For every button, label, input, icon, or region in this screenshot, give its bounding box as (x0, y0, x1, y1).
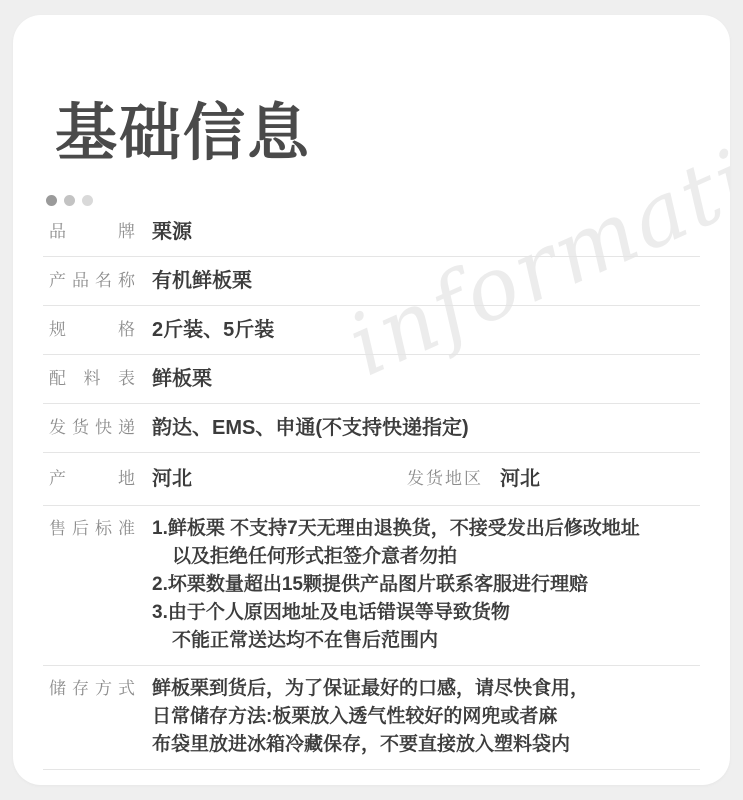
policy-line: 3.由于个人原因地址及电话错误等导致货物 (152, 599, 640, 627)
storage-line: 日常储存方法:板栗放入透气性较好的网兜或者麻 (152, 703, 589, 731)
row-label: 规格 (49, 316, 135, 344)
row-label: 发货地区 (407, 465, 483, 493)
row-shipping-courier: 发货快递 韵达、EMS、申通(不支持快递指定) (43, 404, 700, 453)
storage-line: 鲜板栗到货后，为了保证最好的口感，请尽快食用， (152, 675, 589, 703)
info-rows: 品牌 栗源 产品名称 有机鲜板栗 规格 2斤装、5斤装 配料表 鲜板栗 发货快递… (43, 208, 700, 770)
row-product-name: 产品名称 有机鲜板栗 (43, 257, 700, 306)
row-value: 栗源 (152, 218, 192, 246)
row-label: 配料表 (49, 365, 135, 393)
row-value: 鲜板栗 (152, 365, 212, 393)
dot-2 (64, 195, 75, 206)
row-ingredients: 配料表 鲜板栗 (43, 355, 700, 404)
row-value: 河北 (500, 465, 540, 493)
aftersales-lines: 1.鲜板栗 不支持7天无理由退换货，不接受发出后修改地址 以及拒绝任何形式拒签介… (152, 515, 640, 655)
storage-lines: 鲜板栗到货后，为了保证最好的口感，请尽快食用， 日常储存方法:板栗放入透气性较好… (152, 675, 589, 759)
storage-line: 布袋里放进冰箱冷藏保存，不要直接放入塑料袋内 (152, 731, 589, 759)
row-label: 产地 (49, 465, 135, 493)
row-spec: 规格 2斤装、5斤装 (43, 306, 700, 355)
row-label: 储存方式 (49, 675, 135, 703)
row-ship-from: 发货地区 河北 (407, 453, 540, 505)
row-value: 有机鲜板栗 (152, 267, 252, 295)
policy-line: 1.鲜板栗 不支持7天无理由退换货，不接受发出后修改地址 (152, 515, 640, 543)
row-value: 韵达、EMS、申通(不支持快递指定) (152, 414, 469, 442)
row-value: 2斤装、5斤装 (152, 316, 274, 344)
card-content: 基础信息 品牌 栗源 产品名称 有机鲜板栗 规格 2斤装、5斤装 配料表 鲜板栗 (13, 103, 730, 770)
policy-line: 2.坏栗数量超出15颗提供产品图片联系客服进行理赔 (152, 571, 640, 599)
dot-3 (82, 195, 93, 206)
row-label: 产品名称 (49, 267, 135, 295)
page-title: 基础信息 (55, 103, 700, 165)
row-origin: 产地 河北 发货地区 河北 (43, 453, 700, 506)
row-brand: 品牌 栗源 (43, 208, 700, 257)
row-label: 售后标准 (49, 515, 135, 543)
policy-line: 不能正常送达均不在售后范围内 (152, 627, 640, 655)
row-value: 河北 (152, 465, 192, 493)
row-label: 发货快递 (49, 414, 135, 442)
row-aftersales-policy: 售后标准 1.鲜板栗 不支持7天无理由退换货，不接受发出后修改地址 以及拒绝任何… (43, 506, 700, 666)
row-storage-method: 储存方式 鲜板栗到货后，为了保证最好的口感，请尽快食用， 日常储存方法:板栗放入… (43, 666, 700, 770)
dot-1 (46, 195, 57, 206)
row-label: 品牌 (49, 218, 135, 246)
product-info-card: information 基础信息 品牌 栗源 产品名称 有机鲜板栗 规格 2斤装… (13, 15, 730, 785)
policy-line: 以及拒绝任何形式拒签介意者勿拍 (152, 543, 640, 571)
dots-decoration (46, 195, 700, 206)
